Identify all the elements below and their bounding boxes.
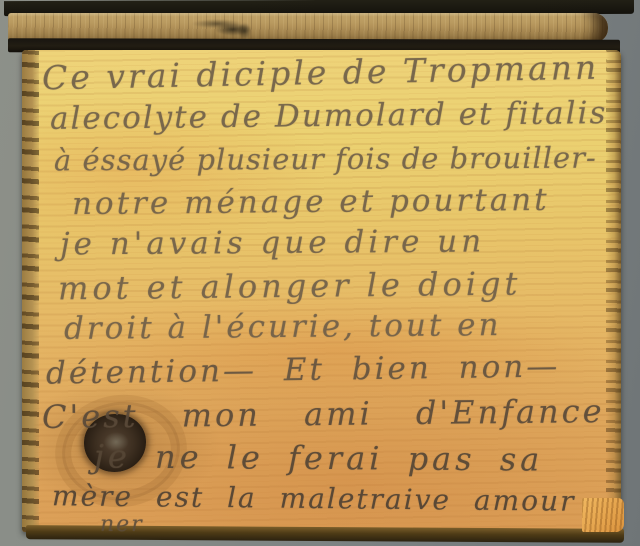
handwriting-line: détention— Et bien non— [46,351,561,389]
chipped-corner [582,498,624,532]
board-right-edge [606,50,621,532]
board-left-edge [22,50,39,532]
handwriting-line: mot et alonger le doigt [58,268,522,305]
photo-of-wooden-board: Ce vrai diciple de Tropmann alecolyte de… [0,0,640,546]
handwriting-line: à éssayé plusieur fois de brouiller- [54,144,597,176]
handwriting-line: je n'avais que dire un [60,227,485,261]
handwriting-line: C'est mon ami d'Enfance [42,395,605,433]
handwriting-line: alecolyte de Dumolard et fitalis [50,98,608,135]
handwriting-line: droit à l'écurie, tout en [64,310,502,345]
handwriting-line: ner [100,514,144,536]
handwriting-line: notre ménage et pourtant [72,185,550,220]
handwriting-line: je ne le ferai pas sa [94,440,544,475]
handwriting-line: mère est la maletraive amour [52,482,576,515]
handwriting-line: Ce vrai diciple de Tropmann [42,51,600,95]
